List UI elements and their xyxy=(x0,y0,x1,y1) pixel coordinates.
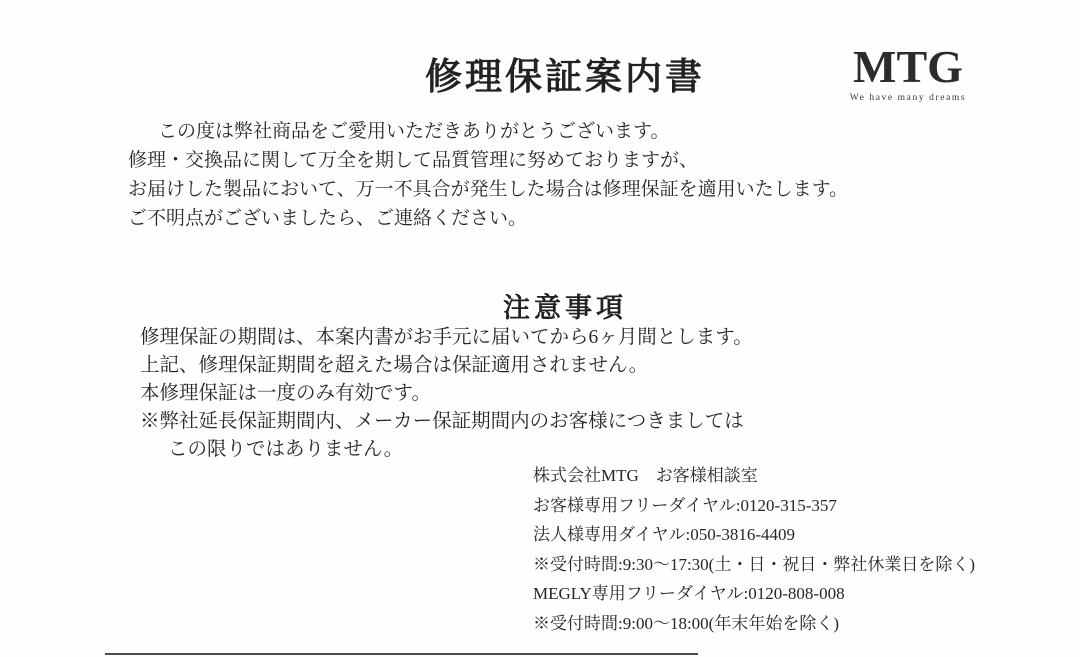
contact-megly-hours-line: ※受付時間:9:00～18:00(年末年始を除く) xyxy=(533,609,975,639)
intro-line: お届けした製品において、万一不具合が発生した場合は修理保証を適用いたします。 xyxy=(128,175,848,204)
notice-line: 上記、修理保証期間を超えた場合は保証適用されません。 xyxy=(140,352,753,380)
scan-artifact-line xyxy=(105,653,698,655)
notice-line: ※弊社延長保証期間内、メーカー保証期間内のお客様につきましては xyxy=(140,408,753,436)
intro-line: ご不明点がございましたら、ご連絡ください。 xyxy=(128,204,848,233)
notice-list: 修理保証の期間は、本案内書がお手元に届いてから6ヶ月間とします。 上記、修理保証… xyxy=(140,324,753,464)
intro-line: この度は弊社商品をご愛用いただきありがとうございます。 xyxy=(128,117,848,146)
notice-line: 本修理保証は一度のみ有効です。 xyxy=(140,380,753,408)
document-page: 修理保証案内書 MTG We have many dreams この度は弊社商品… xyxy=(0,0,1080,657)
notice-heading: 注意事項 xyxy=(0,286,1080,325)
contact-company-line: 株式会社MTG お客様相談室 xyxy=(533,461,975,491)
notice-line: 修理保証の期間は、本案内書がお手元に届いてから6ヶ月間とします。 xyxy=(140,324,753,352)
contact-block: 株式会社MTG お客様相談室 お客様専用フリーダイヤル:0120-315-357… xyxy=(533,461,975,638)
mtg-logo-text: MTG xyxy=(848,44,968,90)
contact-megly-dial-line: MEGLY専用フリーダイヤル:0120-808-008 xyxy=(533,579,975,609)
intro-line: 修理・交換品に関して万全を期して品質管理に努めておりますが、 xyxy=(128,146,848,175)
contact-corporate-dial-line: 法人様専用ダイヤル:050-3816-4409 xyxy=(533,520,975,550)
contact-hours-line: ※受付時間:9:30～17:30(土・日・祝日・弊社休業日を除く) xyxy=(533,550,975,580)
mtg-logo-tagline: We have many dreams xyxy=(848,93,968,103)
intro-paragraph: この度は弊社商品をご愛用いただきありがとうございます。 修理・交換品に関して万全… xyxy=(128,117,848,233)
notice-line: この限りではありません。 xyxy=(140,436,753,464)
mtg-logo: MTG We have many dreams xyxy=(848,44,968,103)
contact-customer-dial-line: お客様専用フリーダイヤル:0120-315-357 xyxy=(533,491,975,521)
